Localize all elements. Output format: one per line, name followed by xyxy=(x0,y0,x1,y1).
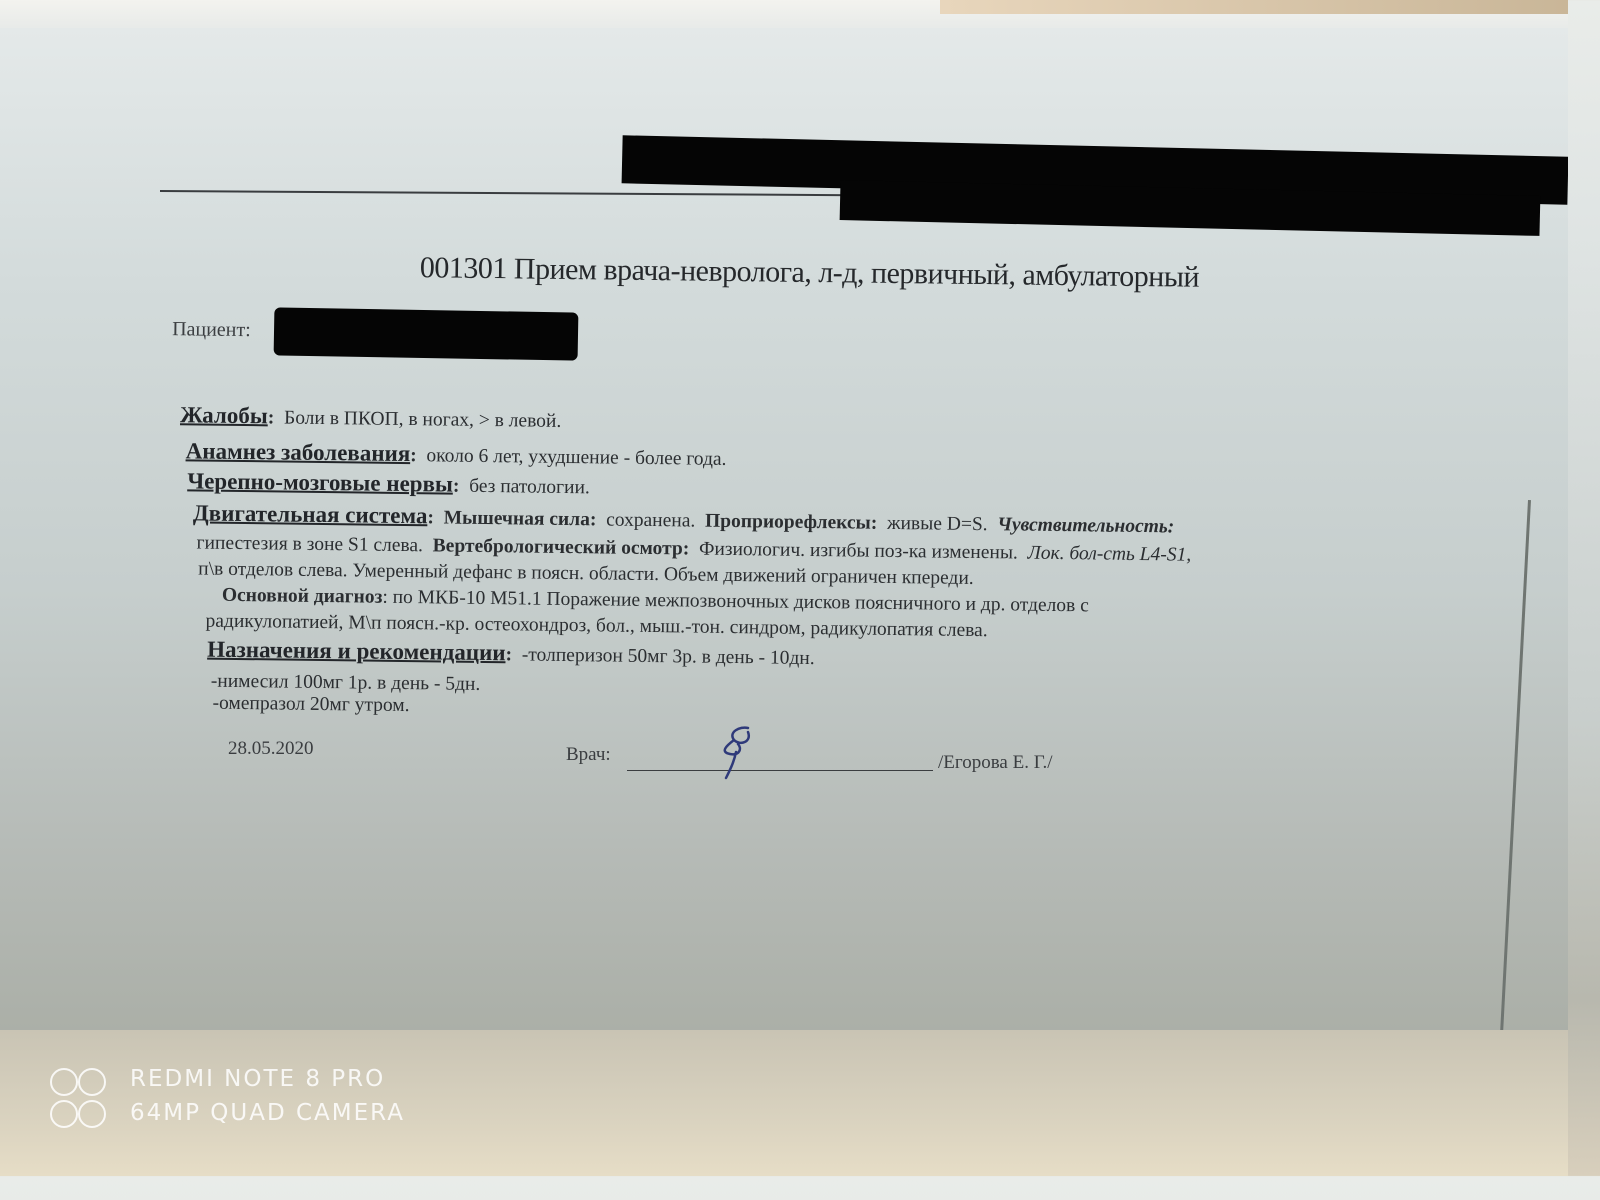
signature-icon xyxy=(712,722,772,782)
document-title: 001301 Прием врача-невролога, л-д, перви… xyxy=(420,251,1200,295)
signature-line xyxy=(627,770,933,771)
doctor-label: Врач: xyxy=(566,744,611,766)
motor-system-line: Двигательная система: Мышечная сила: сох… xyxy=(193,500,1175,538)
complaints-line: Жалобы: Боли в ПКОП, в ногах, > в левой. xyxy=(180,402,562,433)
diagnosis-text-1: по МКБ-10 M51.1 Поражение межпозвоночных… xyxy=(393,587,1089,617)
complaints-label: Жалобы xyxy=(180,402,268,428)
anamnesis-text: около 6 лет, ухудшение - более года. xyxy=(426,445,726,470)
reflexes-value: живые D=S. xyxy=(887,513,988,535)
cranial-nerves-line: Черепно-мозговые нервы: без патологии. xyxy=(187,468,590,499)
sensitivity-value: гипестезия в зоне S1 слева. xyxy=(196,532,423,556)
document-date: 28.05.2020 xyxy=(228,738,314,760)
reflexes-label: Проприорефлексы: xyxy=(705,511,878,534)
document-body: 001301 Прием врача-невролога, л-д, перви… xyxy=(0,0,1568,1176)
doctor-name: /Егорова Е. Г./ xyxy=(938,752,1053,774)
prescription-item: -толперизон 50мг 3р. в день - 10дн. xyxy=(522,644,815,669)
complaints-text: Боли в ПКОП, в ногах, > в левой. xyxy=(284,408,561,432)
cranial-nerves-text: без патологии. xyxy=(469,476,590,498)
watermark-model: REDMI NOTE 8 PRO xyxy=(130,1066,385,1092)
diagnosis-text-2: радикулопатией, М\п поясн.-кр. остеохонд… xyxy=(205,611,987,642)
prescriptions-label: Назначения и рекомендации xyxy=(207,637,506,666)
vertebral-exam-value: Физиологич. изгибы поз-ка изменены. xyxy=(699,539,1018,564)
vertebral-exam-value-2: п\в отделов слева. Умеренный дефанс в по… xyxy=(198,558,974,588)
camera-logo-icon xyxy=(50,1066,110,1126)
prescription-item: -нимесил 100мг 1р. в день - 5дн. xyxy=(211,671,481,695)
watermark-camera: 64MP QUAD CAMERA xyxy=(130,1100,405,1126)
vertebral-exam-label: Вертебрологический осмотр: xyxy=(433,535,690,559)
prescription-item-3: -омепразол 20мг утром. xyxy=(212,693,409,717)
patient-label: Пациент: xyxy=(172,318,251,341)
local-pain: Лок. бол-сть L4-S1, xyxy=(1027,543,1191,566)
patient-redaction xyxy=(274,307,579,360)
motor-system-label: Двигательная система xyxy=(193,500,428,528)
patient-field: Пациент: xyxy=(172,318,251,342)
anamnesis-line: Анамнез заболевания: около 6 лет, ухудше… xyxy=(186,438,727,471)
prescription-item: -омепразол 20мг утром. xyxy=(212,693,409,716)
prescription-item-2: -нимесил 100мг 1р. в день - 5дн. xyxy=(211,671,481,696)
cranial-nerves-label: Черепно-мозговые нервы xyxy=(187,468,453,496)
anamnesis-label: Анамнез заболевания xyxy=(186,438,411,466)
prescriptions-line: Назначения и рекомендации: -толперизон 5… xyxy=(207,637,815,670)
muscle-strength-label: Мышечная сила: xyxy=(444,507,597,530)
sensitivity-label: Чувствительность: xyxy=(997,514,1174,537)
diagnosis-label: Основной диагноз xyxy=(222,585,383,608)
muscle-strength-value: сохранена. xyxy=(606,509,695,531)
